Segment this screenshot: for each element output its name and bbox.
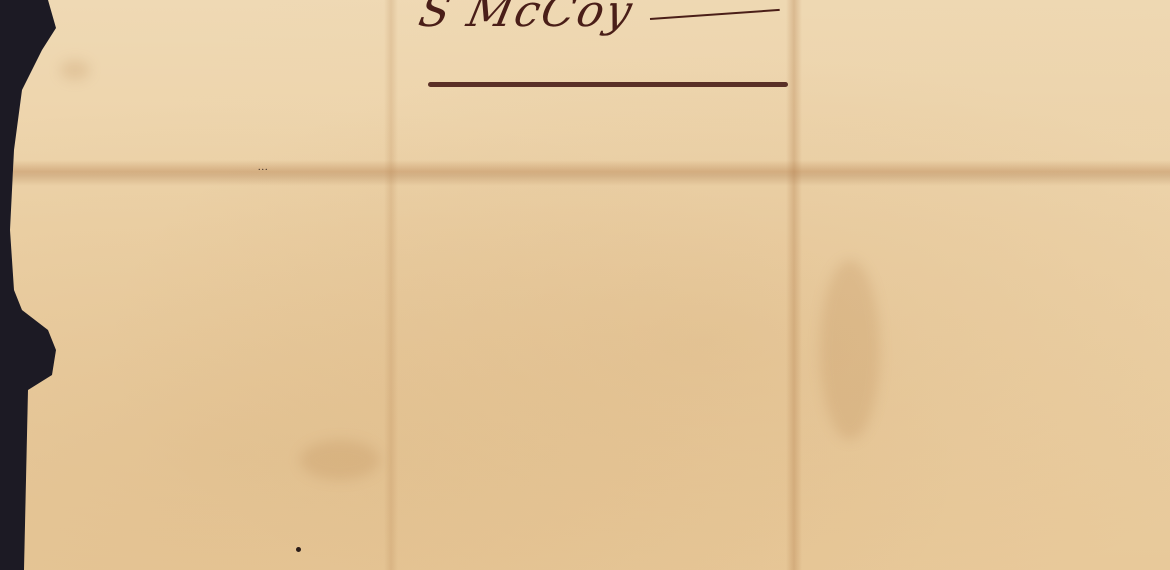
vertical-fold-line-right xyxy=(786,0,802,570)
horizontal-fold-line xyxy=(0,160,1170,186)
water-stain xyxy=(300,440,380,480)
water-stain xyxy=(60,60,90,80)
manuscript-page: S McCoy ... xyxy=(0,0,1170,570)
handwritten-signature: S McCoy xyxy=(415,0,639,37)
vertical-fold-line-left xyxy=(384,0,398,570)
ink-marks: ... xyxy=(258,162,269,173)
signature-flourish xyxy=(650,9,780,20)
signature-underline xyxy=(428,82,788,87)
ink-spot xyxy=(296,547,301,552)
water-stain xyxy=(820,260,880,440)
